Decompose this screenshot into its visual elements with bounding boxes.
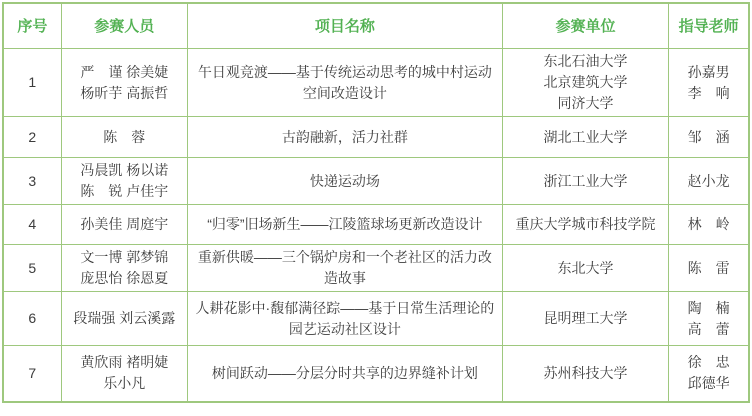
cell-unit: 浙江工业大学	[502, 158, 668, 205]
cell-unit: 昆明理工大学	[502, 292, 668, 346]
cell-no: 5	[3, 245, 61, 292]
cell-people: 段瑞强 刘云溪露	[61, 292, 187, 346]
cell-teacher: 徐 忠 邱德华	[669, 346, 749, 402]
cell-unit: 苏州科技大学	[502, 346, 668, 402]
cell-people: 冯晨凯 杨以诺 陈 锐 卢佳宇	[61, 158, 187, 205]
header-people: 参赛人员	[61, 3, 187, 49]
table-row: 2 陈 蓉 古韵融新，活力社群 湖北工业大学 邹 涵	[3, 117, 749, 158]
header-no: 序号	[3, 3, 61, 49]
table-row: 6 段瑞强 刘云溪露 人耕花影中·馥郁满径踪——基于日常生活理论的 园艺运动社区…	[3, 292, 749, 346]
cell-teacher: 邹 涵	[669, 117, 749, 158]
cell-teacher: 孙嘉男 李 响	[669, 49, 749, 117]
header-unit: 参赛单位	[502, 3, 668, 49]
cell-teacher: 赵小龙	[669, 158, 749, 205]
cell-project: 古韵融新，活力社群	[187, 117, 502, 158]
cell-people: 文一博 郭梦锦 庞思怡 徐恩夏	[61, 245, 187, 292]
header-row: 序号 参赛人员 项目名称 参赛单位 指导老师	[3, 3, 749, 49]
cell-no: 7	[3, 346, 61, 402]
table-row: 4 孙美佳 周庭宇 “归零”旧场新生——江陵篮球场更新改造设计 重庆大学城市科技…	[3, 205, 749, 245]
header-teacher: 指导老师	[669, 3, 749, 49]
cell-no: 1	[3, 49, 61, 117]
table-row: 7 黄欣雨 褚明婕 乐小凡 树间跃动——分层分时共享的边界缝补计划 苏州科技大学…	[3, 346, 749, 402]
cell-no: 3	[3, 158, 61, 205]
cell-unit: 东北石油大学 北京建筑大学 同济大学	[502, 49, 668, 117]
contest-results-table: 序号 参赛人员 项目名称 参赛单位 指导老师 1 严 谨 徐美婕 杨昕芋 高振哲…	[2, 2, 750, 403]
cell-project: “归零”旧场新生——江陵篮球场更新改造设计	[187, 205, 502, 245]
cell-project: 午日观竞渡——基于传统运动思考的城中村运动 空间改造设计	[187, 49, 502, 117]
cell-project: 重新供暖——三个锅炉房和一个老社区的活力改 造故事	[187, 245, 502, 292]
cell-people: 孙美佳 周庭宇	[61, 205, 187, 245]
cell-teacher: 陈 雷	[669, 245, 749, 292]
cell-no: 6	[3, 292, 61, 346]
cell-people: 黄欣雨 褚明婕 乐小凡	[61, 346, 187, 402]
cell-people: 陈 蓉	[61, 117, 187, 158]
cell-project: 树间跃动——分层分时共享的边界缝补计划	[187, 346, 502, 402]
header-project: 项目名称	[187, 3, 502, 49]
cell-teacher: 林 岭	[669, 205, 749, 245]
page: 序号 参赛人员 项目名称 参赛单位 指导老师 1 严 谨 徐美婕 杨昕芋 高振哲…	[0, 0, 752, 416]
table-row: 3 冯晨凯 杨以诺 陈 锐 卢佳宇 快递运动场 浙江工业大学 赵小龙	[3, 158, 749, 205]
table-row: 5 文一博 郭梦锦 庞思怡 徐恩夏 重新供暖——三个锅炉房和一个老社区的活力改 …	[3, 245, 749, 292]
cell-unit: 重庆大学城市科技学院	[502, 205, 668, 245]
cell-project: 人耕花影中·馥郁满径踪——基于日常生活理论的 园艺运动社区设计	[187, 292, 502, 346]
table-row: 1 严 谨 徐美婕 杨昕芋 高振哲 午日观竞渡——基于传统运动思考的城中村运动 …	[3, 49, 749, 117]
cell-no: 2	[3, 117, 61, 158]
cell-unit: 东北大学	[502, 245, 668, 292]
cell-people: 严 谨 徐美婕 杨昕芋 高振哲	[61, 49, 187, 117]
cell-no: 4	[3, 205, 61, 245]
cell-unit: 湖北工业大学	[502, 117, 668, 158]
cell-project: 快递运动场	[187, 158, 502, 205]
cell-teacher: 陶 楠 高 蕾	[669, 292, 749, 346]
